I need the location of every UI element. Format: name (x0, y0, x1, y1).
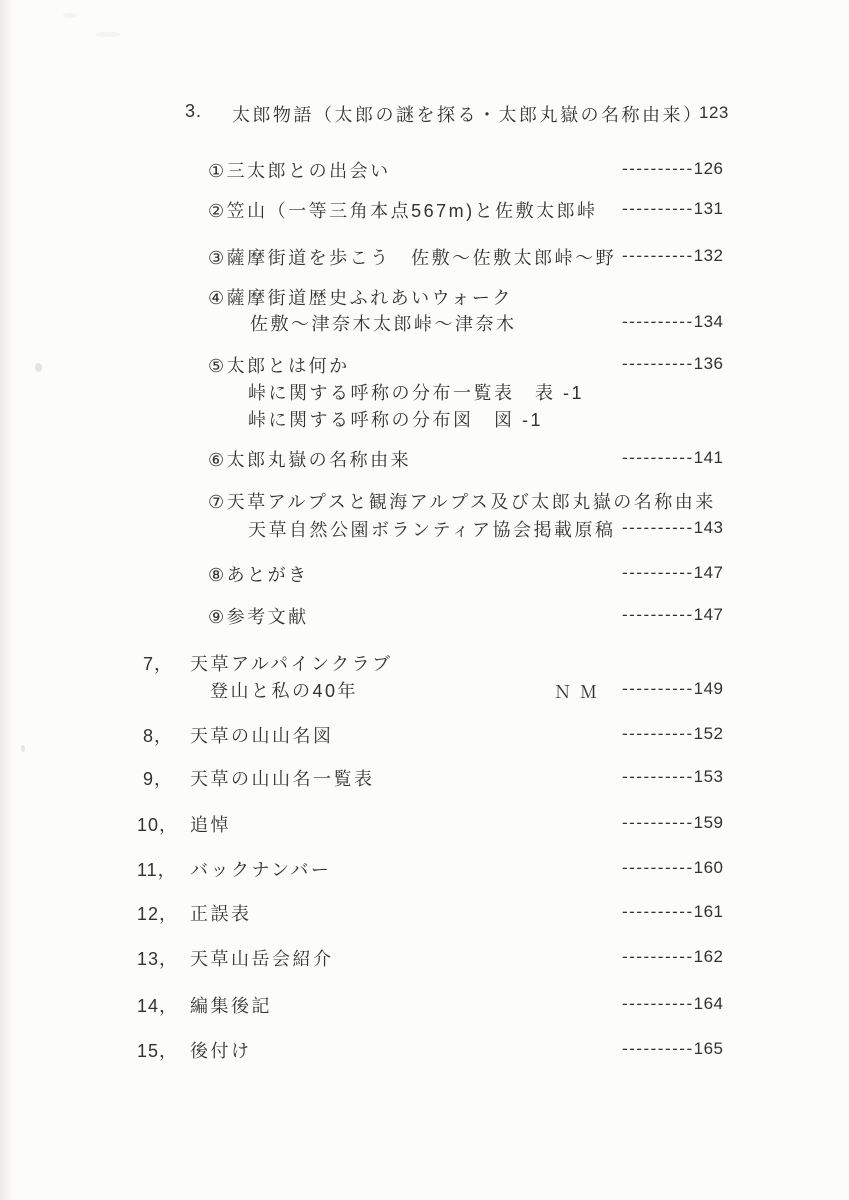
page-number: 165 (694, 1039, 724, 1058)
entry-title: バックナンバー (190, 856, 331, 882)
page-reference: ----------149 (622, 679, 724, 699)
subsection-label-line2: 峠に関する呼称の分布一覧表 表 -1 (248, 379, 584, 405)
toc-entry-row: 8， 天草の山山名図 ----------152 (0, 722, 849, 750)
page-number: 164 (694, 994, 724, 1013)
subsection-label: ⑧あとがき (208, 561, 309, 587)
page-reference: ----------141 (622, 448, 724, 468)
subsection-label: ④薩摩街道歴史ふれあいウォーク (208, 284, 513, 310)
leader-dashes: ---------- (622, 767, 694, 786)
scan-artifact (63, 13, 77, 18)
toc-entry-continuation: 登山と私の40年 ＮＭ ----------149 (0, 677, 849, 705)
page-number: 161 (694, 902, 724, 921)
toc-subsection-row: ⑨参考文献 ----------147 (0, 603, 849, 631)
subsection-label: ⑤太郎とは何か (208, 352, 350, 378)
page-reference: ----------143 (622, 518, 724, 538)
toc-subsection-row: ⑤太郎とは何か ----------136 (0, 352, 849, 380)
page-number: 153 (694, 767, 724, 786)
toc-subsection-row: ①三太郎との出会い ----------126 (0, 157, 849, 185)
leader-dashes: ---------- (622, 448, 694, 467)
page-number: 134 (694, 312, 724, 331)
entry-title: 編集後記 (190, 992, 272, 1018)
subsection-label-line3: 峠に関する呼称の分布図 図 -1 (248, 406, 543, 432)
entry-number: 14， (137, 992, 178, 1018)
page-number: 141 (694, 448, 724, 467)
page-reference: ----------126 (622, 159, 724, 179)
leader-dashes: ---------- (622, 994, 694, 1013)
entry-number: 7， (143, 650, 173, 676)
entry-title: 追悼 (190, 811, 231, 837)
page-number: 132 (694, 246, 724, 265)
entry-title-line2: 登山と私の40年 (210, 677, 358, 703)
entry-number: 13， (137, 945, 178, 971)
page-reference: ----------152 (622, 724, 724, 744)
leader-dashes: ---------- (622, 563, 694, 582)
page-reference: ----------147 (622, 563, 724, 583)
entry-number: 10， (137, 811, 178, 837)
toc-page: 3. 太郎物語（太郎の謎を探る・太郎丸嶽の名称由来） 123 ①三太郎との出会い… (0, 0, 849, 1200)
toc-subsection-row: ⑦天草アルプスと観海アルプス及び太郎丸嶽の名称由来 (0, 488, 849, 516)
toc-entry-row: 7， 天草アルパインクラブ (0, 650, 849, 678)
page-reference: ----------153 (622, 767, 724, 787)
subsection-label: ②笠山（一等三角本点567m)と佐敷太郎峠 (208, 197, 598, 223)
entry-number: 9， (143, 765, 173, 791)
entry-title: 後付け (190, 1037, 252, 1063)
leader-dashes: ---------- (622, 858, 694, 877)
toc-entry-row: 13， 天草山岳会紹介 ----------162 (0, 945, 849, 973)
page-number: 147 (694, 605, 724, 624)
leader-dashes: ---------- (622, 724, 694, 743)
subsection-label-line2: 天草自然公園ボランティア協会掲載原稿 (248, 516, 616, 542)
toc-entry-row: 15， 後付け ----------165 (0, 1037, 849, 1065)
leader-dashes: ---------- (622, 1039, 694, 1058)
subsection-label: ⑥太郎丸嶽の名称由来 (208, 446, 411, 472)
entry-title: 天草の山山名一覧表 (190, 765, 375, 791)
toc-entry-row: 12， 正誤表 ----------161 (0, 900, 849, 928)
page-reference: ----------161 (622, 902, 724, 922)
entry-number: 12， (137, 900, 178, 926)
subsection-label: ③薩摩街道を歩こう 佐敷～佐敷太郎峠～野 (208, 244, 616, 270)
chapter-number: 3. (185, 101, 202, 122)
page-reference: ----------159 (622, 813, 724, 833)
leader-dashes: ---------- (622, 605, 694, 624)
toc-subsection-row: ②笠山（一等三角本点567m)と佐敷太郎峠 ----------131 (0, 197, 849, 225)
page-reference: ----------131 (622, 199, 724, 219)
toc-entry-row: 11， バックナンバー ----------160 (0, 856, 849, 884)
page-reference: ----------164 (622, 994, 724, 1014)
page-number: 131 (694, 199, 724, 218)
chapter-page-number: 123 (699, 103, 729, 123)
toc-entry-row: 10， 追悼 ----------159 (0, 811, 849, 839)
entry-number: 8， (143, 722, 173, 748)
entry-title: 正誤表 (190, 900, 252, 926)
entry-number: 15， (137, 1037, 178, 1063)
page-number: 136 (694, 354, 724, 373)
leader-dashes: ---------- (622, 679, 694, 698)
subsection-label: ⑦天草アルプスと観海アルプス及び太郎丸嶽の名称由来 (208, 488, 716, 514)
leader-dashes: ---------- (622, 813, 694, 832)
toc-subsection-row: ③薩摩街道を歩こう 佐敷～佐敷太郎峠～野 ----------132 (0, 244, 849, 272)
leader-dashes: ---------- (622, 902, 694, 921)
leader-dashes: ---------- (622, 354, 694, 373)
entry-title: 天草の山山名図 (190, 722, 334, 748)
toc-entry-row: 9， 天草の山山名一覧表 ----------153 (0, 765, 849, 793)
leader-dashes: ---------- (622, 947, 694, 966)
page-number: 126 (694, 159, 724, 178)
page-reference: ----------162 (622, 947, 724, 967)
entry-title: 天草山岳会紹介 (190, 945, 334, 971)
toc-subsection-row: ⑥太郎丸嶽の名称由来 ----------141 (0, 446, 849, 474)
page-number: 162 (694, 947, 724, 966)
toc-entry-row: 14， 編集後記 ----------164 (0, 992, 849, 1020)
chapter-title: 太郎物語（太郎の謎を探る・太郎丸嶽の名称由来） (232, 101, 704, 127)
entry-author-initials: ＮＭ (554, 678, 606, 703)
entry-number: 11， (137, 856, 177, 882)
leader-dashes: ---------- (622, 246, 694, 265)
page-number: 160 (694, 858, 724, 877)
leader-dashes: ---------- (622, 312, 694, 331)
toc-subsection-row: ⑧あとがき ----------147 (0, 561, 849, 589)
page-reference: ----------136 (622, 354, 724, 374)
subsection-label: ①三太郎との出会い (208, 157, 391, 183)
page-number: 152 (694, 724, 724, 743)
subsection-label: ⑨参考文献 (208, 603, 309, 629)
page-number: 149 (694, 679, 724, 698)
leader-dashes: ---------- (622, 199, 694, 218)
toc-chapter-row: 3. 太郎物語（太郎の謎を探る・太郎丸嶽の名称由来） 123 (0, 101, 849, 129)
page-number: 143 (694, 518, 724, 537)
leader-dashes: ---------- (622, 518, 694, 537)
toc-subsection-continuation: 佐敷～津奈木太郎峠～津奈木 ----------134 (0, 310, 849, 338)
scan-artifact (95, 32, 121, 37)
page-reference: ----------132 (622, 246, 724, 266)
subsection-label-line2: 佐敷～津奈木太郎峠～津奈木 (250, 310, 517, 336)
toc-subsection-continuation: 天草自然公園ボランティア協会掲載原稿 ----------143 (0, 516, 849, 544)
toc-subsection-continuation: 峠に関する呼称の分布一覧表 表 -1 (0, 379, 849, 407)
page-reference: ----------147 (622, 605, 724, 625)
toc-subsection-row: ④薩摩街道歴史ふれあいウォーク (0, 284, 849, 312)
page-reference: ----------160 (622, 858, 724, 878)
page-number: 147 (694, 563, 724, 582)
entry-title: 天草アルパインクラブ (190, 650, 393, 676)
page-number: 159 (694, 813, 724, 832)
page-reference: ----------165 (622, 1039, 724, 1059)
leader-dashes: ---------- (622, 159, 694, 178)
page-reference: ----------134 (622, 312, 724, 332)
toc-subsection-continuation: 峠に関する呼称の分布図 図 -1 (0, 406, 849, 434)
